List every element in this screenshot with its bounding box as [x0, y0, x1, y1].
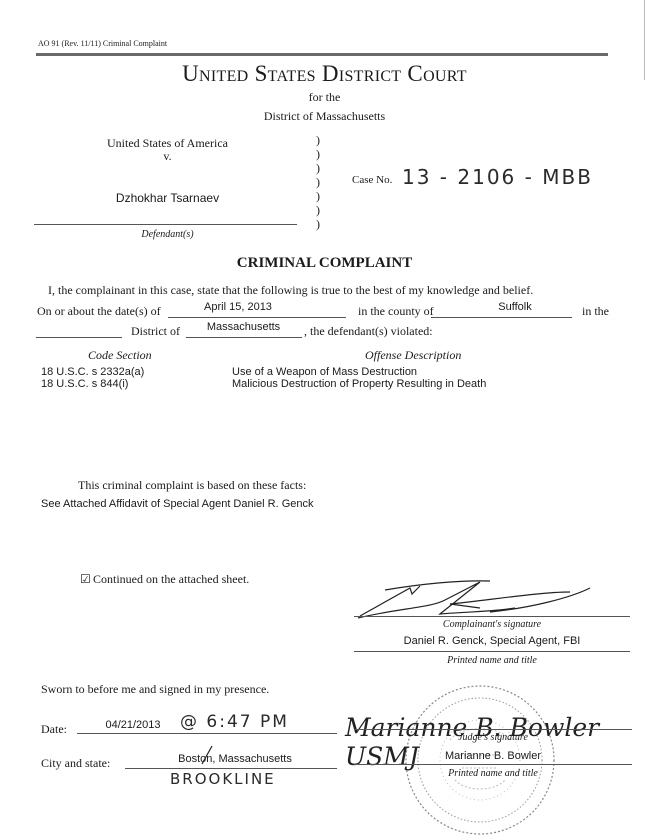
sworn-date-rule: [77, 733, 337, 734]
county-field: Suffolk: [430, 301, 600, 313]
state-field-rule: [186, 337, 302, 338]
complainant-signature-label: Complainant's signature: [354, 619, 630, 630]
judge-signature-rule: [354, 729, 632, 730]
sworn-date-label: Date:: [41, 722, 67, 737]
case-number-handwritten: 13 - 2106 - MBB: [402, 165, 593, 189]
offense-date-field: April 15, 2013: [168, 301, 308, 313]
caption-paren: ): [316, 147, 320, 162]
complainant-name-rule: [354, 651, 630, 652]
blank-field-rule: [36, 337, 122, 338]
sworn-statement: Sworn to before me and signed in my pres…: [41, 682, 269, 697]
caption-paren: ): [316, 217, 320, 232]
judge-name-label: Printed name and title: [354, 768, 632, 779]
continued-checkbox[interactable]: ☑: [80, 572, 91, 587]
offense-description: Malicious Destruction of Property Result…: [232, 378, 486, 390]
judge-name: Marianne B. Bowler: [354, 750, 632, 762]
strikethrough-mark-icon: [200, 744, 214, 766]
form-identifier: AO 91 (Rev. 11/11) Criminal Complaint: [38, 39, 167, 48]
code-section: 18 U.S.C. s 844(i): [41, 378, 128, 390]
county-suffix: in the: [582, 304, 609, 319]
case-number-label: Case No.: [352, 174, 392, 186]
defendant-name: Dzhokhar Tsarnaev: [80, 191, 255, 205]
violated-suffix: , the defendant(s) violated:: [304, 324, 433, 339]
sworn-time-handwritten: @ 6:47 PM: [180, 712, 289, 732]
caption-paren: ): [316, 189, 320, 204]
caption-paren: ): [316, 161, 320, 176]
code-section: 18 U.S.C. s 2332a(a): [41, 366, 144, 378]
state-field: Massachusetts: [186, 321, 301, 333]
header-rule: [36, 53, 208, 56]
court-title: United States District Court: [0, 61, 649, 87]
defendant-rule: [34, 224, 297, 225]
caption-paren: ): [316, 203, 320, 218]
county-field-rule: [431, 317, 572, 318]
city-state-label: City and state:: [41, 756, 110, 771]
complainant-name: Daniel R. Genck, Special Agent, FBI: [354, 635, 630, 647]
court-for-the: for the: [0, 90, 649, 105]
complaint-title: CRIMINAL COMPLAINT: [0, 255, 649, 272]
defendant-label: Defendant(s): [80, 229, 255, 240]
code-section-header: Code Section: [88, 348, 152, 363]
city-handwritten: BROOKLINE: [170, 770, 276, 788]
caption-paren: ): [316, 175, 320, 190]
complainant-name-label: Printed name and title: [354, 655, 630, 666]
district-prefix: District of: [131, 324, 180, 339]
facts-intro: This criminal complaint is based on thes…: [78, 478, 306, 493]
facts-body: See Attached Affidavit of Special Agent …: [41, 498, 314, 510]
offense-description: Use of a Weapon of Mass Destruction: [232, 366, 417, 378]
sworn-date-field: 04/21/2013: [88, 719, 178, 731]
city-state-field: Boston, Massachusetts: [175, 753, 295, 765]
versus-label: v.: [80, 149, 255, 164]
county-prefix: in the county of: [358, 304, 434, 319]
header-rule-right: [208, 53, 608, 56]
date-field-rule: [168, 317, 346, 318]
court-district: District of Massachusetts: [0, 109, 649, 124]
judge-signature-label: Judge's signature: [354, 732, 632, 743]
judge-name-rule: [354, 764, 632, 765]
caption-paren: ): [316, 133, 320, 148]
continued-label: Continued on the attached sheet.: [93, 572, 249, 587]
date-prefix: On or about the date(s) of: [37, 304, 161, 319]
offense-description-header: Offense Description: [365, 348, 461, 363]
city-state-rule: [125, 768, 337, 769]
attestation-text: I, the complainant in this case, state t…: [48, 283, 533, 298]
complainant-signature-rule: [354, 616, 630, 617]
